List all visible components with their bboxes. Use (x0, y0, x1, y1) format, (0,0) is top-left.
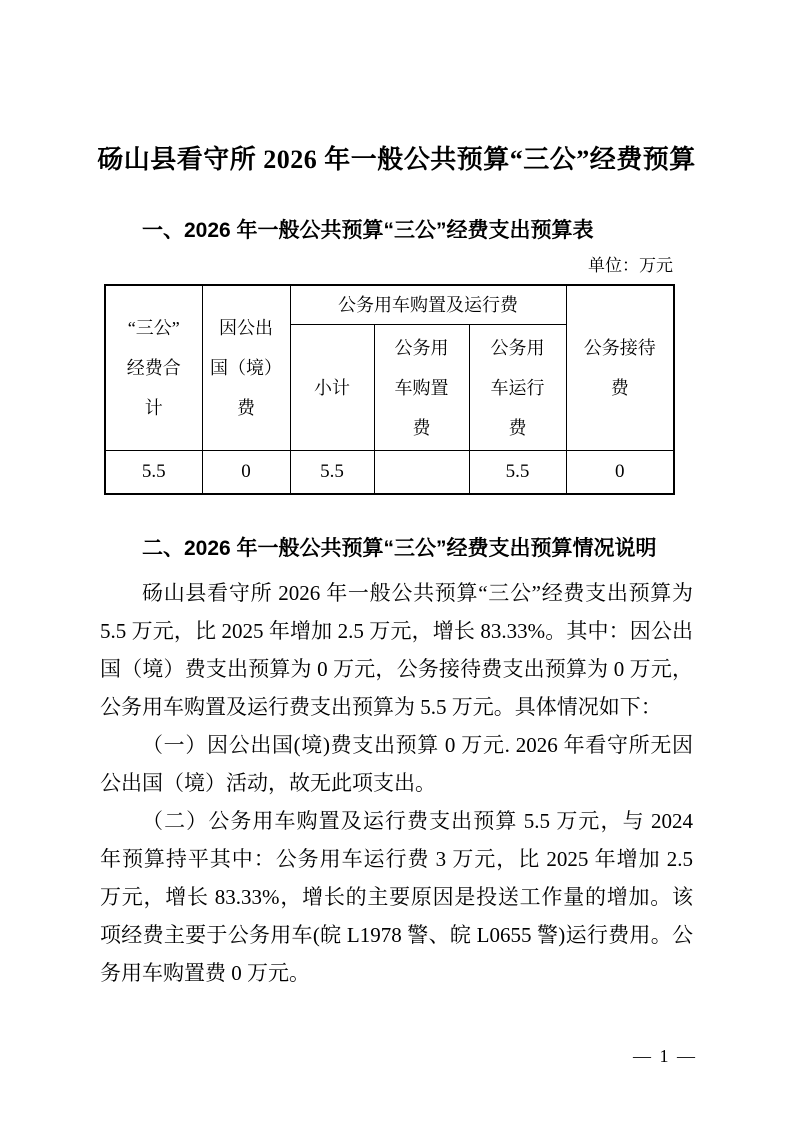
paragraph-vehicle-expense: （二）公务用车购置及运行费支出预算 5.5 万元，与 2024 年预算持平其中：… (100, 802, 693, 992)
header-cell-abroad: 因公出 国（境） 费 (202, 285, 290, 451)
page-number: — 1 — (633, 1046, 697, 1067)
value-cell-vehicle-subtotal: 5.5 (290, 451, 374, 494)
value-cell-vehicle-purchase (374, 451, 469, 494)
document-page: 砀山县看守所 2026 年一般公共预算“三公”经费预算 一、2026 年一般公共… (0, 0, 793, 1122)
value-cell-vehicle-operation: 5.5 (469, 451, 566, 494)
budget-table: “三公” 经费合 计 因公出 国（境） 费 公务用车购置及运行费 公务接待 费 … (104, 284, 675, 495)
table-header-row-1: “三公” 经费合 计 因公出 国（境） 费 公务用车购置及运行费 公务接待 费 (105, 285, 674, 325)
table-data-row: 5.5 0 5.5 5.5 0 (105, 451, 674, 494)
unit-label: 单位：万元 (104, 255, 673, 277)
paragraph-overview: 砀山县看守所 2026 年一般公共预算“三公”经费支出预算为 5.5 万元，比 … (100, 574, 693, 726)
document-title: 砀山县看守所 2026 年一般公共预算“三公”经费预算 (0, 139, 793, 176)
header-cell-vehicle-operation: 公务用 车运行 费 (469, 325, 566, 451)
section-1-heading: 一、2026 年一般公共预算“三公”经费支出预算表 (100, 219, 693, 243)
header-cell-vehicle-subtotal: 小计 (290, 325, 374, 451)
paragraph-abroad-expense: （一）因公出国(境)费支出预算 0 万元. 2026 年看守所无因公出国（境）活… (100, 726, 693, 802)
value-cell-abroad: 0 (202, 451, 290, 494)
value-cell-total: 5.5 (105, 451, 202, 494)
header-cell-vehicle-purchase: 公务用 车购置 费 (374, 325, 469, 451)
header-cell-reception: 公务接待 费 (566, 285, 674, 451)
header-cell-total: “三公” 经费合 计 (105, 285, 202, 451)
body-text: 砀山县看守所 2026 年一般公共预算“三公”经费支出预算为 5.5 万元，比 … (100, 574, 693, 992)
header-cell-vehicle-group: 公务用车购置及运行费 (290, 285, 566, 325)
value-cell-reception: 0 (566, 451, 674, 494)
section-2-heading: 二、2026 年一般公共预算“三公”经费支出预算情况说明 (100, 537, 693, 561)
